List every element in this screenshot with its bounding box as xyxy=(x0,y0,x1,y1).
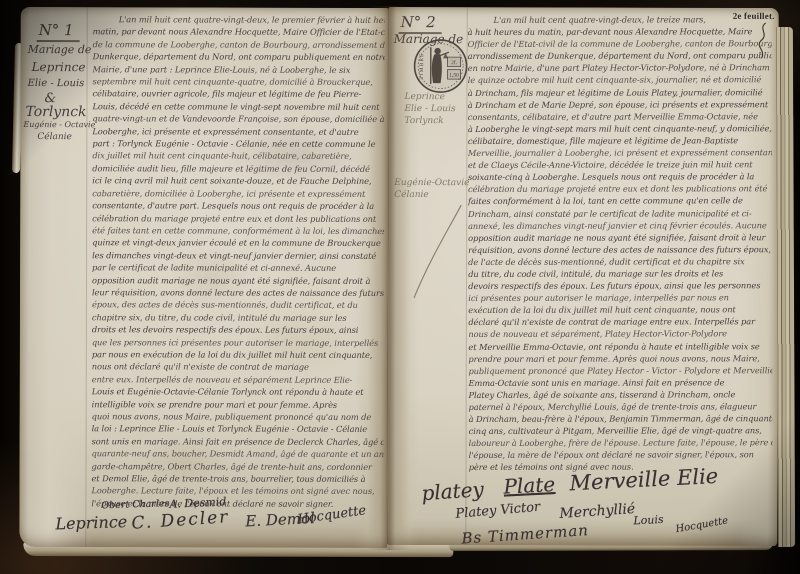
pencil-note: Eugénie-Octavie xyxy=(394,177,469,189)
margin-bride-surname: Torlynck xyxy=(25,104,86,120)
signature-merchyllie: Merchyllié xyxy=(559,501,636,522)
manuscript-line: la loi : Leprince Elie - Louis et Torlyn… xyxy=(92,423,384,436)
manuscript-line: quinze et vingt-deux janvier écoulé et e… xyxy=(92,237,384,250)
manuscript-line: époux, des actes de décès sus-mentionnés… xyxy=(92,299,384,312)
manuscript-line: célébration du mariage projeté entre eux… xyxy=(468,182,772,195)
manuscript-line: réquisition, avons donné lecture des act… xyxy=(468,243,772,256)
manuscript-line: nous ont déclaré qu'il n'existe de contr… xyxy=(92,361,384,374)
manuscript-line: l'épouse, la mère de l'époux ont déclaré… xyxy=(469,449,773,462)
manuscript-line: Drincham, ainsi constaté par le certific… xyxy=(468,207,772,220)
manuscript-line: faites conformément à la loi, tant en ce… xyxy=(468,195,772,208)
manuscript-line: Emma-Octavie sont unis en mariage. Ainsi… xyxy=(468,376,772,389)
manuscript-line: matin, par devant nous Alexandre Hocquet… xyxy=(93,26,385,39)
register-book: N° 1 Mariage de Leprince Elie - Louis & … xyxy=(0,0,800,574)
manuscript-line: prendre pour mari et pour femme. Après q… xyxy=(468,352,772,365)
manuscript-line: laboureur à Looberghe, frère de l'épouse… xyxy=(469,436,773,449)
manuscript-line: Merveillie, journalier à Looberghe, ici … xyxy=(468,146,772,159)
pencil-note: Elie - Louis xyxy=(404,103,455,115)
manuscript-line: soixante-cinq à Looberghe. Lesquels nous… xyxy=(468,170,772,183)
manuscript-line: arrondissement de Dunkerque, département… xyxy=(468,49,772,62)
margin-flourish xyxy=(406,203,466,303)
margin-groom-surname: Leprince xyxy=(32,60,86,74)
pencil-note: Célanie xyxy=(394,189,469,201)
manuscript-line: Looberghe. Lecture faite, l'époux et les… xyxy=(91,485,383,498)
manuscript-line: cabaretière, domiciliée à Looberghe, ici… xyxy=(92,187,384,200)
manuscript-line: à huit heures du matin, par-devant nous … xyxy=(468,25,772,38)
manuscript-line: quarante-neuf ans, boucher, Desmidt Aman… xyxy=(92,447,384,460)
signature-leprince: Leprince xyxy=(55,512,127,533)
pencil-note: Torlynck xyxy=(404,115,455,127)
manuscript-line: à Looberghe le vingt-sept mars mil huit … xyxy=(468,122,772,135)
manuscript-line: célébration du mariage projeté entre eux… xyxy=(92,212,384,225)
manuscript-line: consentante, d'autre part. Lesquels nous… xyxy=(92,199,384,212)
manuscript-line: du titre, du code civil, intitulé, du ma… xyxy=(468,267,772,280)
margin-title: Mariage de xyxy=(28,43,92,56)
manuscript-line: Louis et Eugénie-Octavie-Célanie Torlync… xyxy=(92,385,384,398)
margin-bride-given: Eugénie - Octavie xyxy=(23,120,95,129)
manuscript-line: à Drincham, beau-frère à l'époux, Benjam… xyxy=(469,412,773,425)
margin-bride-given-2: Célanie xyxy=(37,132,71,142)
manuscript-line: que les personnes ici présentes pour aut… xyxy=(92,336,384,349)
manuscript-line: de la commune de Looberghe, canton de Bo… xyxy=(93,38,385,51)
manuscript-line: déclaré qu'il n'existe de contrat de mar… xyxy=(468,316,772,329)
manuscript-line: devoirs respectifs des époux. Les futurs… xyxy=(468,279,772,292)
margin-rule xyxy=(85,7,87,547)
manuscript-line: opposition audit mariage ne nous ayant é… xyxy=(468,231,772,244)
manuscript-line: Platey Charles, âgé de soixante ans, tis… xyxy=(468,388,772,401)
register-photograph: N° 1 Mariage de Leprince Elie - Louis & … xyxy=(0,0,800,574)
signature-mayor-hocquette-right: Hocquette xyxy=(675,515,729,535)
manuscript-line: cinq ans, cultivateur à Pitgam, Merveill… xyxy=(469,424,773,437)
manuscript-line: paternel à l'époux, Merchyllié Louis, âg… xyxy=(469,400,773,413)
manuscript-line: à Drincham et de Marie Depré, son épouse… xyxy=(468,98,772,111)
manuscript-line: septembre mil huit cent cinquante-quatre… xyxy=(93,75,385,88)
manuscript-line: entre eux. Interpellés de nouveau et sép… xyxy=(92,373,384,386)
manuscript-line: publiquement prononcé que Platey Hector … xyxy=(468,364,772,377)
manuscript-line: quatre-vingt-un et de Vandevoorde Franço… xyxy=(92,112,384,125)
manuscript-line: de l'acte de décès sus-mentionné, dudit … xyxy=(468,255,772,268)
signature-c-declerck: C. Decler xyxy=(131,507,230,534)
right-page: 2e feuillet. N° 2 Mariage de TIMBRE xyxy=(387,7,778,546)
manuscript-line: part : Torlynck Eugénie - Octavie - Céla… xyxy=(92,137,384,150)
signature-louis: Louis xyxy=(633,513,664,527)
manuscript-line: garde-champêtre, Obert Charles, âgé de t… xyxy=(92,460,384,473)
signature-platey-victor: Platey Victor xyxy=(455,500,541,522)
manuscript-line: les dimanches vingt-deux et vingt-neuf j… xyxy=(92,249,384,262)
manuscript-line: Louis, décédé en cette commune le vingt-… xyxy=(92,100,384,113)
manuscript-line: L'an mil huit cent quatre-vingt-deux, le… xyxy=(468,13,772,26)
signature-platey-a: platey xyxy=(421,477,485,505)
manuscript-line: et Demol Elie, âgé de trente-trois ans, … xyxy=(91,472,383,485)
manuscript-line: annexé, les dimanches vingt-neuf janvier… xyxy=(468,219,772,232)
manuscript-line: nous de nouveau et séparément, Platey He… xyxy=(468,328,772,341)
manuscript-line: sont unis en mariage. Ainsi fait en prés… xyxy=(92,435,384,448)
stamp-value-bottom: 1,50 xyxy=(449,73,459,79)
record-number: N° 2 xyxy=(399,13,442,34)
manuscript-line: opposition audit mariage ne nous ayant é… xyxy=(92,274,384,287)
margin-groom-given: Elie - Louis xyxy=(28,78,85,89)
manuscript-line: Dunkerque, département du Nord, ont comp… xyxy=(93,50,385,63)
manuscript-line: consentants, célibataire, et d'autre par… xyxy=(468,110,772,123)
manuscript-line: en notre Mairie, d'une part Platey Hecto… xyxy=(468,62,772,75)
revenue-stamp: TIMBRE 2f. 1,50 xyxy=(413,38,469,94)
manuscript-line: ici présentes pour autoriser le mariage,… xyxy=(468,291,772,304)
manuscript-line: dix juillet mil huit cent cinquante-huit… xyxy=(92,150,384,163)
manuscript-line: chapitre six, du titre, du code civil, i… xyxy=(92,311,384,324)
act-text-no2: L'an mil huit cent quatre-vingt-deux, le… xyxy=(468,13,773,473)
left-page: N° 1 Mariage de Leprince Elie - Louis & … xyxy=(19,7,388,548)
stamp-word: TIMBRE xyxy=(419,53,425,80)
manuscript-line: leur réquisition, avons donné lecture de… xyxy=(92,286,384,299)
manuscript-line: Officier de l'Etat-civil de la commune d… xyxy=(468,37,772,50)
margin-pencil-names-top: LeprinceElie - LouisTorlynck xyxy=(404,91,455,127)
pencil-note: Leprince xyxy=(404,91,455,103)
manuscript-line: ici le cinq avril mil huit cent soixante… xyxy=(92,174,384,187)
margin-pencil-names-bottom: Eugénie-OctavieCélanie xyxy=(394,177,469,201)
signature-obert-charles: Obert Charles xyxy=(101,498,169,511)
manuscript-line: à Drincham, fils majeur et légitime de L… xyxy=(468,86,772,99)
manuscript-line: quoi nous avons, nous Maire, publiquemen… xyxy=(92,410,384,423)
manuscript-line: Mairie, d'une part : Leprince Elie-Louis… xyxy=(93,63,385,76)
manuscript-line: et Merveillie Emma-Octavie, ont répondu … xyxy=(468,340,772,353)
book-fore-edge xyxy=(776,27,795,547)
manuscript-line: exécution de la loi du dix juillet mil h… xyxy=(468,303,772,316)
manuscript-line: célibataire, domestique, fille majeure e… xyxy=(468,134,772,147)
stamp-value-top: 2f. xyxy=(451,59,458,66)
manuscript-line: et de Claeys Cécile-Anne-Victoire, décéd… xyxy=(468,158,772,171)
signature-timmerman: Bs Timmerman xyxy=(461,521,590,546)
manuscript-line: L'an mil huit cent quatre-vingt-deux, le… xyxy=(93,13,385,26)
manuscript-line: célibataire, ouvrier agricole, fils maje… xyxy=(92,88,384,101)
signature-platey-b: Plate xyxy=(503,472,556,499)
manuscript-line: le quinze octobre mil huit cent cinquant… xyxy=(468,74,772,87)
record-number: N° 1 xyxy=(37,21,80,42)
manuscript-line: intelligible voix se prendre pour mari e… xyxy=(92,398,384,411)
manuscript-line: par le certificat de ladite municipalité… xyxy=(92,261,384,274)
act-text-no1: L'an mil huit cent quatre-vingt-deux, le… xyxy=(91,13,384,510)
manuscript-line: droits et les devoirs respectifs des épo… xyxy=(92,323,384,336)
manuscript-line: été faites tant en cette commune, confor… xyxy=(92,224,384,237)
manuscript-line: par nous en exécution de la loi du dix j… xyxy=(92,348,384,361)
manuscript-line: domiciliée audit lieu, fille majeure et … xyxy=(92,162,384,175)
manuscript-line: Looberghe, ici présente et expressément … xyxy=(92,125,384,138)
